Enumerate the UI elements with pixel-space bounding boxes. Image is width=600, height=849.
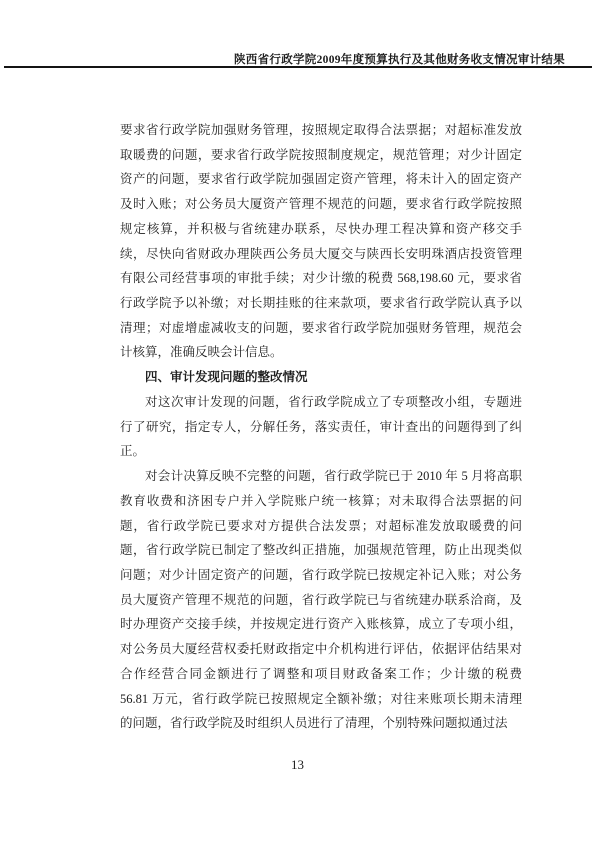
text-line: 要求省行政学院加强财务管理，按照规定取得合法票据；对超标准发放 — [120, 118, 522, 143]
text-line: 对会计决算反映不完整的问题，省行政学院已于 2010 年 5 月将高职 — [120, 464, 522, 489]
running-head-title: 陕西省行政学院2009年度预算执行及其他财务收支情况审计结果 — [234, 54, 565, 66]
text-line: 资产的问题，要求省行政学院加强固定资产管理，将未计入的固定资产 — [120, 167, 522, 192]
text-line: 续，尽快向省财政办理陕西公务员大厦交与陕西长安明珠酒店投资管理 — [120, 242, 522, 267]
text-line: 行政学院予以补缴；对长期挂账的往来款项，要求省行政学院认真予以 — [120, 291, 522, 316]
text-line: 取暖费的问题，要求省行政学院按照制度规定，规范管理；对少计固定 — [120, 143, 522, 168]
page-number: 13 — [0, 757, 595, 773]
document-body: 要求省行政学院加强财务管理，按照规定取得合法票据；对超标准发放取暖费的问题，要求… — [120, 118, 522, 736]
text-line: 时办理资产交接手续，并按规定进行资产入账核算，成立了专项小组， — [120, 612, 522, 637]
text-line: 题，省行政学院已制定了整改纠正措施，加强规范管理，防止出现类似 — [120, 538, 522, 563]
text-line: 56.81 万元，省行政学院已按照规定全额补缴；对往来账项长期未清理 — [120, 687, 522, 712]
text-line: 合作经营合同金额进行了调整和项目财政备案工作；少计缴的税费 — [120, 662, 522, 687]
document-page: 陕西省行政学院2009年度预算执行及其他财务收支情况审计结果 要求省行政学院加强… — [0, 0, 600, 849]
text-line: 员大厦资产管理不规范的问题，省行政学院已与省统建办联系洽商，及 — [120, 588, 522, 613]
text-line: 行了研究，指定专人，分解任务，落实责任，审计查出的问题得到了纠 — [120, 415, 522, 440]
header-rule — [4, 66, 592, 68]
text-line: 的问题，省行政学院及时组织人员进行了清理，个别特殊问题拟通过法 — [120, 711, 522, 736]
text-line: 教育收费和济困专户并入学院账户统一核算；对未取得合法票据的问 — [120, 489, 522, 514]
text-line: 规定核算，并积极与省统建办联系，尽快办理工程决算和资产移交手 — [120, 217, 522, 242]
text-line: 对这次审计发现的问题，省行政学院成立了专项整改小组，专题进 — [120, 390, 522, 415]
section-heading: 四、审计发现问题的整改情况 — [120, 365, 522, 390]
running-head: 陕西省行政学院2009年度预算执行及其他财务收支情况审计结果 — [35, 51, 565, 67]
text-line: 对公务员大厦经营权委托财政指定中介机构进行评估，依据评估结果对 — [120, 637, 522, 662]
text-line: 问题；对少计固定资产的问题，省行政学院已按规定补记入账；对公务 — [120, 563, 522, 588]
text-line: 正。 — [120, 439, 522, 464]
text-line: 清理；对虚增虚减收支的问题，要求省行政学院加强财务管理，规范会 — [120, 316, 522, 341]
text-line: 计核算，准确反映会计信息。 — [120, 340, 522, 365]
text-line: 有限公司经营事项的审批手续；对少计缴的税费 568,198.60 元，要求省 — [120, 266, 522, 291]
text-line: 及时入账；对公务员大厦资产管理不规范的问题，要求省行政学院按照 — [120, 192, 522, 217]
text-line: 题，省行政学院已要求对方提供合法发票；对超标准发放取暖费的问 — [120, 514, 522, 539]
